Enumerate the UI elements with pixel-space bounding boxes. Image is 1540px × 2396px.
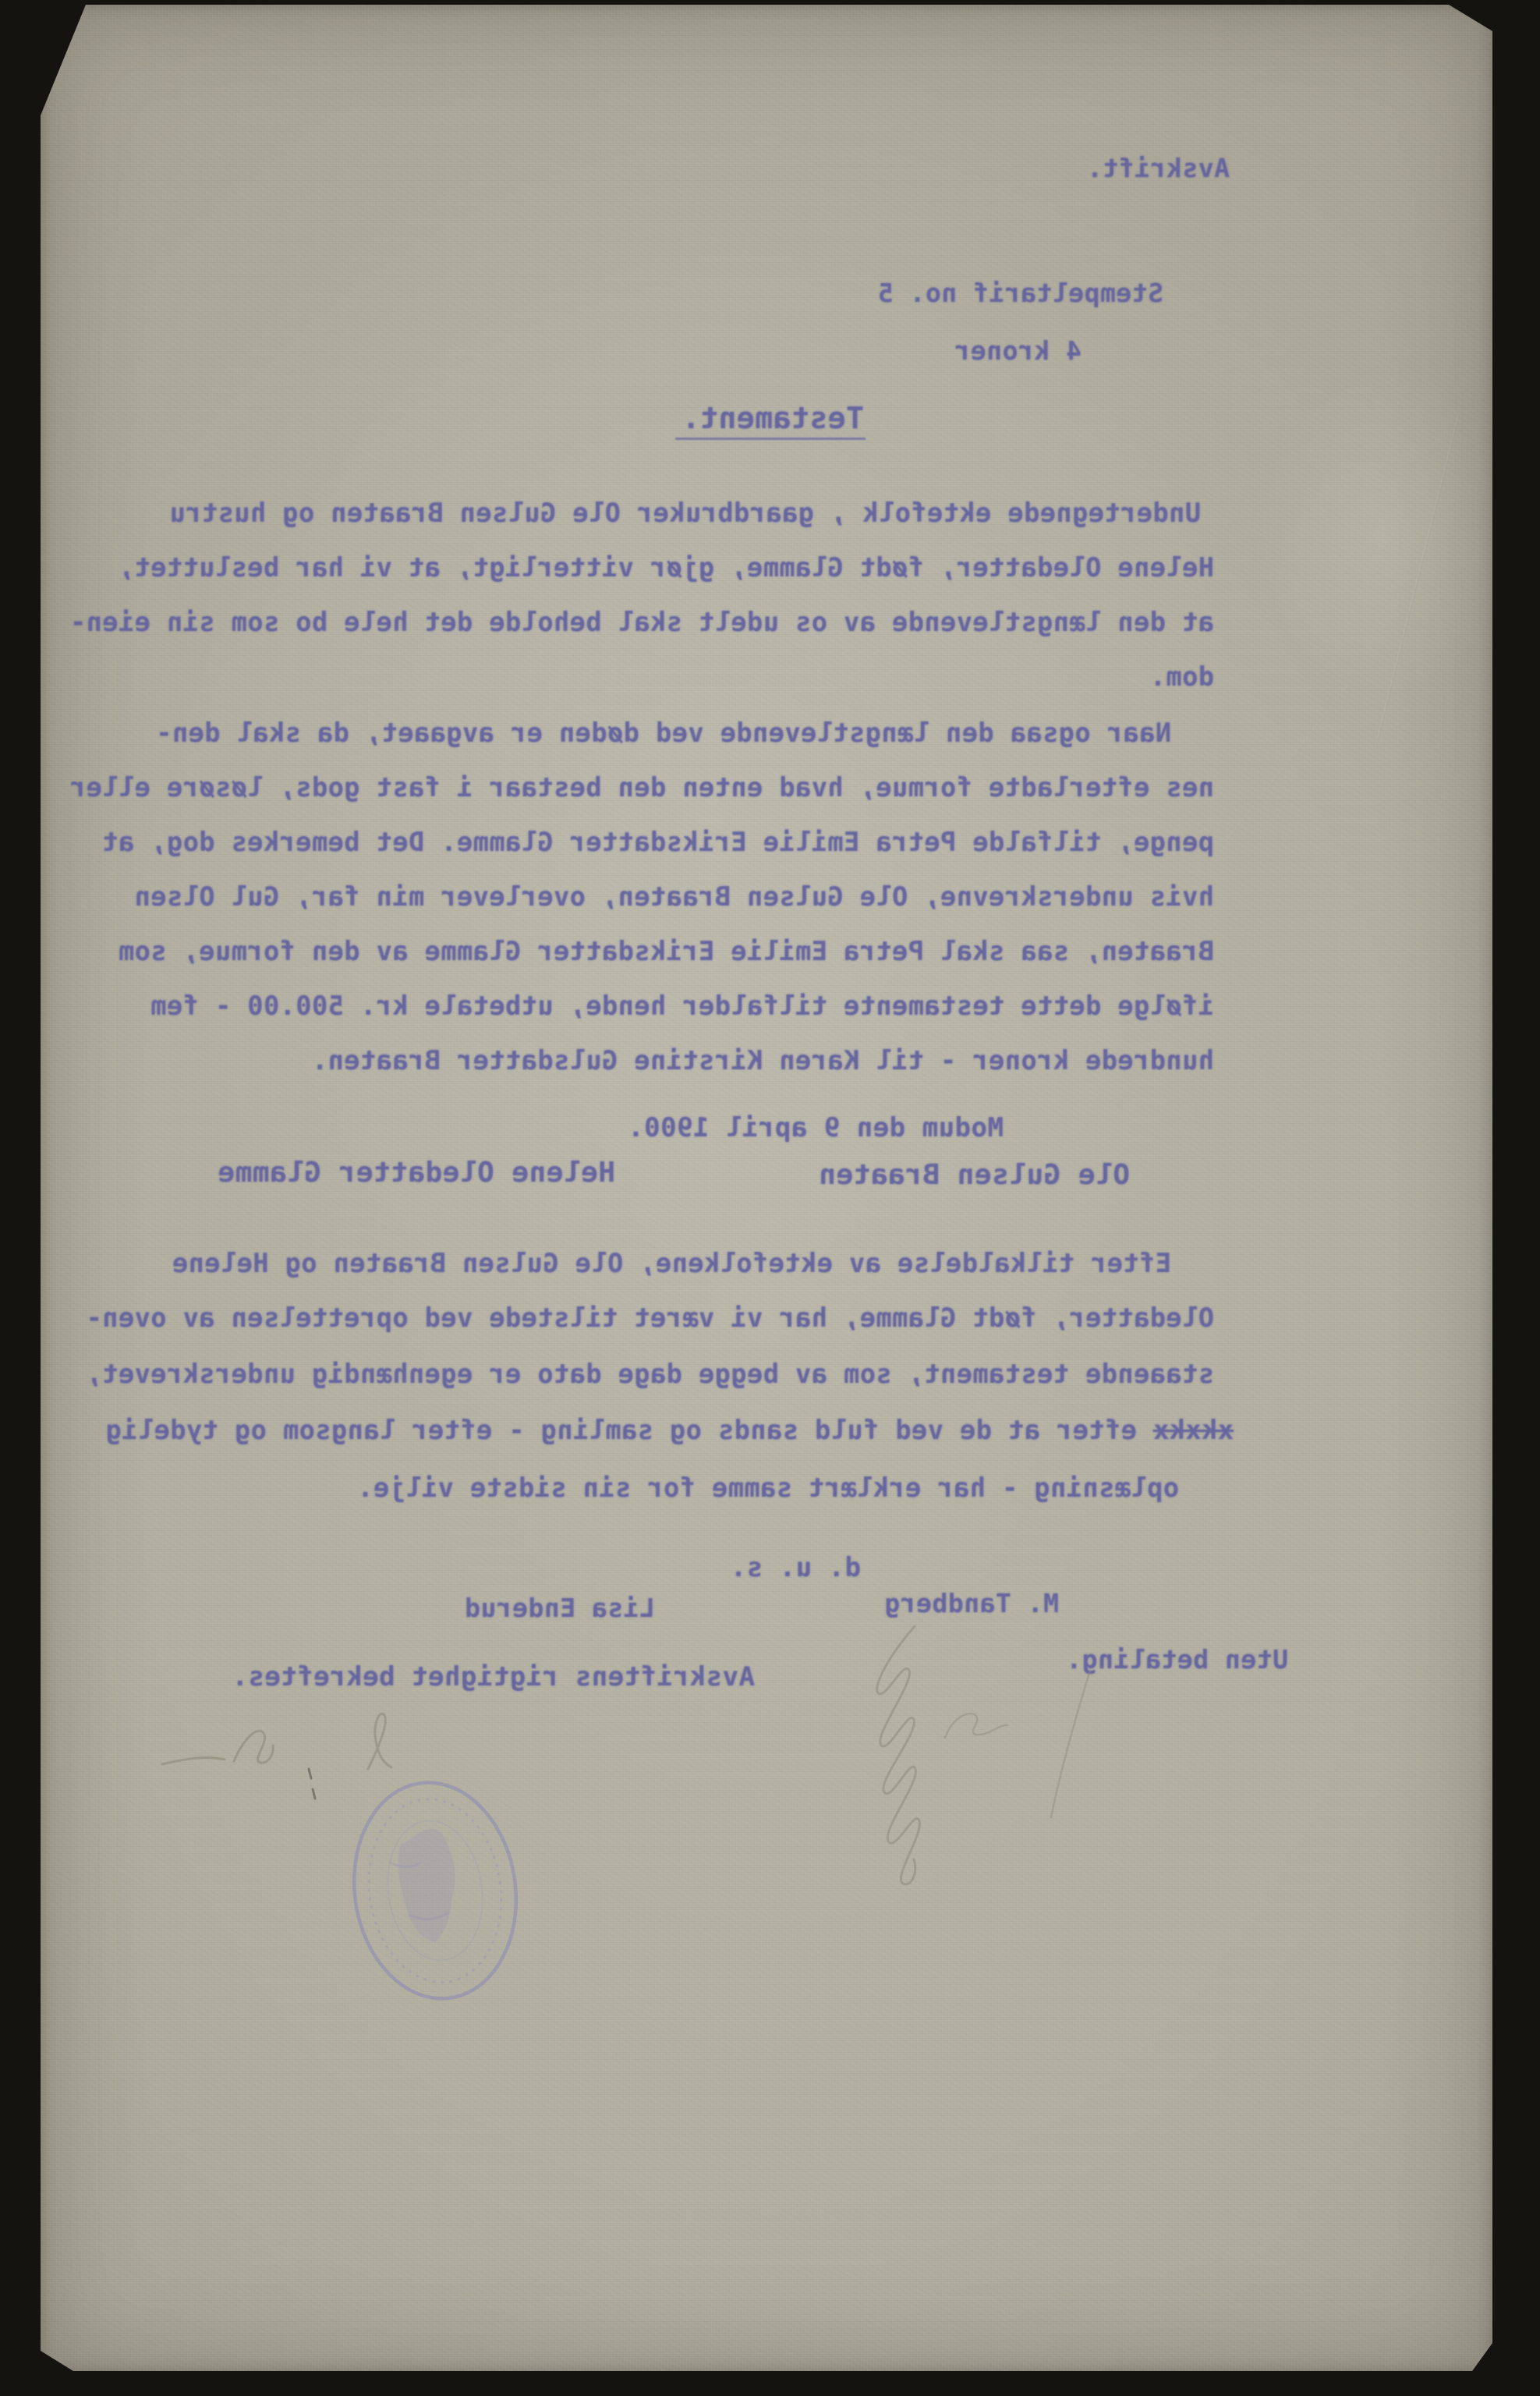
struck-typo: xkxkx xyxy=(1153,1415,1234,1445)
body2-line3: penge, tilfalde Petra Emilie Eriksdatter… xyxy=(102,827,1214,857)
body1-line4: dom. xyxy=(1149,661,1214,692)
body3-line3: staaende testament, som av begge dage da… xyxy=(86,1359,1214,1389)
body3-line5: oplæsning - har erklært samme for sin si… xyxy=(357,1473,1179,1503)
body2-line1: Naar ogsaa den længstlevende ved døden e… xyxy=(156,718,1171,748)
body3-line4: xkxkx efter at de ved fuld sands og saml… xyxy=(105,1415,1234,1445)
witness-enderud: Lisa Enderud xyxy=(465,1593,655,1623)
dus-abbreviation: d. u. s. xyxy=(730,1552,861,1583)
stamp-amount-line: 4 kroner xyxy=(954,335,1082,366)
body2-line5: Braaten, saa skal Petra Emilie Eriksdatt… xyxy=(119,936,1214,966)
body1-line1: Undertegnede ektefolk , gaardbruker Ole … xyxy=(169,498,1201,528)
body1-line3: at den længstlevende av os udelt skal be… xyxy=(70,607,1214,637)
paper-crease xyxy=(1226,681,1352,842)
signature-wife: Helene Oledatter Glamme xyxy=(218,1157,615,1189)
signature-husband: Ole Gulsen Braaten xyxy=(819,1159,1130,1191)
witness-tandberg: M. Tandberg xyxy=(884,1588,1059,1618)
body3-line1: Efter tilkaldelse av ektefolkene, Ole Gu… xyxy=(172,1248,1171,1278)
body2-line4: hvis underskrevne, Ole Gulsen Braaten, o… xyxy=(134,881,1214,912)
dateline: Modum den 9 april 1900. xyxy=(628,1112,1004,1143)
copy-label: Avskrift. xyxy=(1087,153,1230,183)
body2-line7: hundrede kroner - til Karen Kirstine Gul… xyxy=(312,1045,1214,1076)
paper-stain xyxy=(1257,371,1514,699)
body2-line6: ifølge dette testamente tilfalder hende,… xyxy=(150,991,1214,1021)
document-title: Testament. xyxy=(675,401,866,440)
stamp-tariff-line: Stempeltarif no. 5 xyxy=(877,278,1163,308)
body3-line4-rest: efter at de ved fuld sands og samling - … xyxy=(105,1415,1137,1445)
body1-line2: Helene Oledatter, født Glamme, gjør vitt… xyxy=(119,552,1214,583)
body3-line2: Oledatter, født Glamme, har vi været til… xyxy=(86,1303,1214,1333)
certification-line: Avskriftens rigtighet bekreftes. xyxy=(232,1661,755,1692)
fee-note: Uten betaling. xyxy=(1066,1644,1288,1675)
body2-line2: nes efterladte formue, hvad enten den be… xyxy=(70,772,1214,803)
